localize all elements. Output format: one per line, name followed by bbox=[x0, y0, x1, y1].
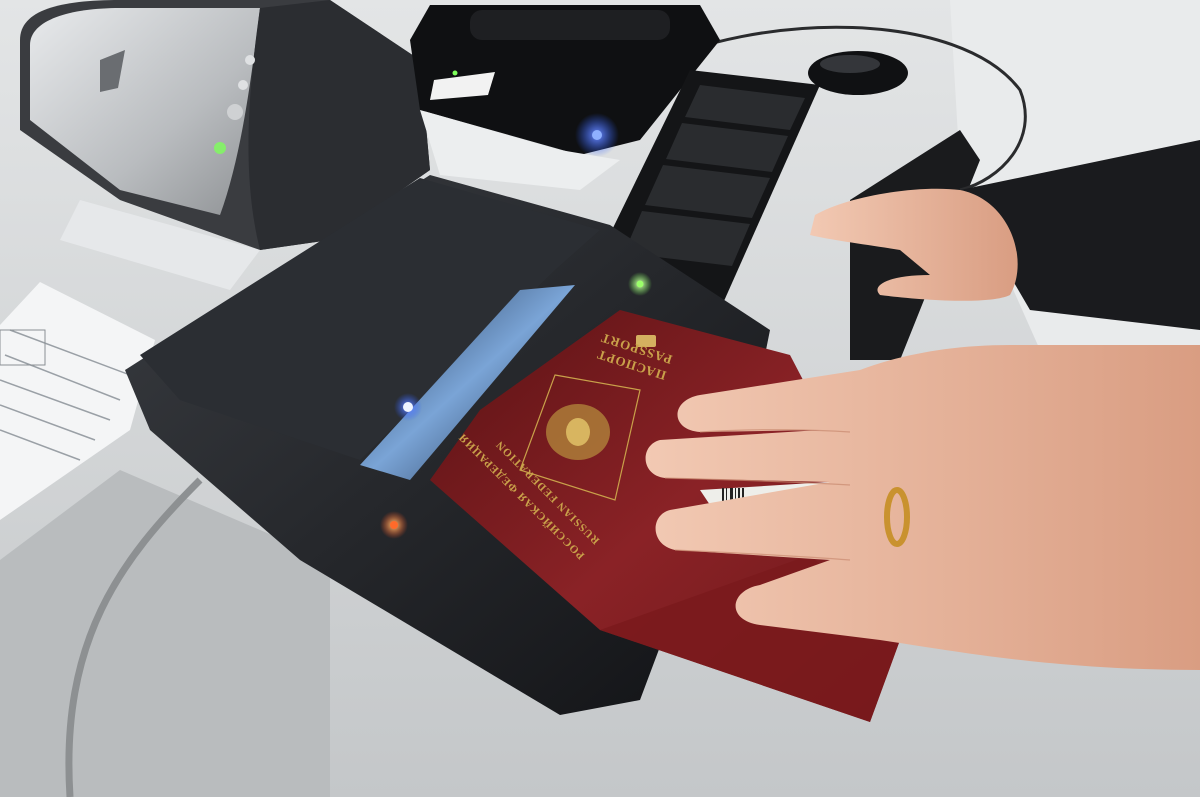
scene-illustration: ПАСПОРТ PASSPORT РОССИЙСКАЯ ФЕДЕРАЦИЯ RU… bbox=[0, 0, 1200, 797]
photo-scene: ПАСПОРТ PASSPORT РОССИЙСКАЯ ФЕДЕРАЦИЯ RU… bbox=[0, 0, 1200, 797]
coat-of-arms-icon bbox=[546, 404, 610, 460]
